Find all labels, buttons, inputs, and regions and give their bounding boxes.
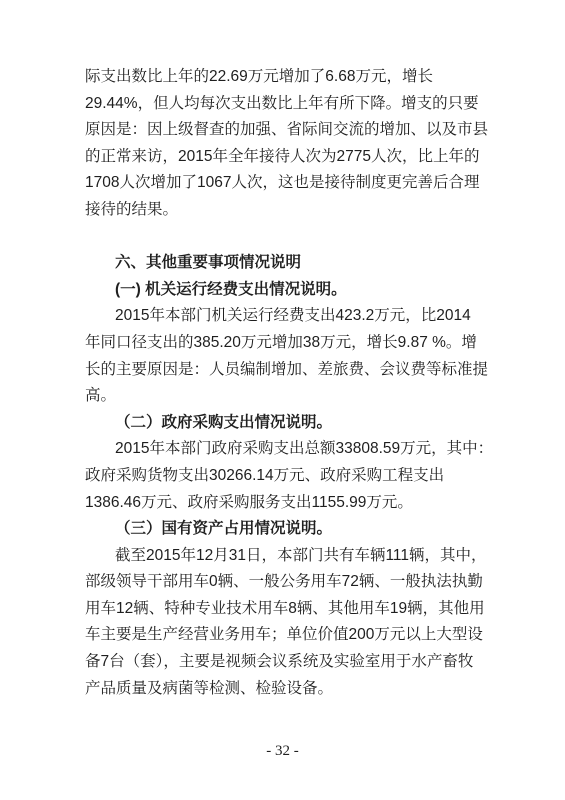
text-line: 1386.46万元、政府采购服务支出1155.99万元。 [85, 490, 493, 517]
section-heading: 六、其他重要事项情况说明 [85, 250, 493, 277]
text-line: 车主要是生产经营业务用车；单位价值200万元以上大型设 [85, 622, 493, 649]
subsection-heading-3: （三）国有资产占用情况说明。 [85, 516, 493, 543]
text-line: 用车12辆、特种专业技术用车8辆、其他用车19辆，其他用 [85, 596, 493, 623]
text-line: 长的主要原因是：人员编制增加、差旅费、会议费等标准提 [85, 357, 493, 384]
text-line: 29.44%，但人均每次支出数比上年有所下降。增支的只要 [85, 91, 493, 118]
text-line: 截至2015年12月31日，本部门共有车辆111辆，其中， [85, 543, 493, 570]
text-line: 接待的结果。 [85, 197, 493, 224]
text-line: 原因是：因上级督查的加强、省际间交流的增加、以及市县 [85, 117, 493, 144]
subsection-heading-2: （二）政府采购支出情况说明。 [85, 410, 493, 437]
text-line: 的正常来访，2015年全年接待人次为2775人次，比上年的 [85, 144, 493, 171]
page-footer: - 32 - [0, 743, 565, 760]
text-line: 2015年本部门政府采购支出总额33808.59万元，其中： [85, 436, 493, 463]
text-line: 部级领导干部用车0辆、一般公务用车72辆、一般执法执勤 [85, 569, 493, 596]
document-page: 际支出数比上年的22.69万元增加了6.68万元，增长 29.44%，但人均每次… [0, 0, 565, 800]
text-line: 际支出数比上年的22.69万元增加了6.68万元，增长 [85, 64, 493, 91]
text-line: 政府采购货物支出30266.14万元、政府采购工程支出 [85, 463, 493, 490]
text-line: 备7台（套），主要是视频会议系统及实验室用于水产畜牧 [85, 649, 493, 676]
subsection-heading-1: (一) 机关运行经费支出情况说明。 [85, 277, 493, 304]
text-line: 产品质量及病菌等检测、检验设备。 [85, 676, 493, 703]
text-line: 高。 [85, 383, 493, 410]
document-body: 际支出数比上年的22.69万元增加了6.68万元，增长 29.44%，但人均每次… [85, 64, 493, 702]
page-number: - 32 - [266, 743, 299, 759]
text-line: 2015年本部门机关运行经费支出423.2万元，比2014 [85, 303, 493, 330]
text-line: 年同口径支出的385.20万元增加38万元，增长9.87 %。增 [85, 330, 493, 357]
text-line: 1708人次增加了1067人次，这也是接待制度更完善后合理 [85, 170, 493, 197]
